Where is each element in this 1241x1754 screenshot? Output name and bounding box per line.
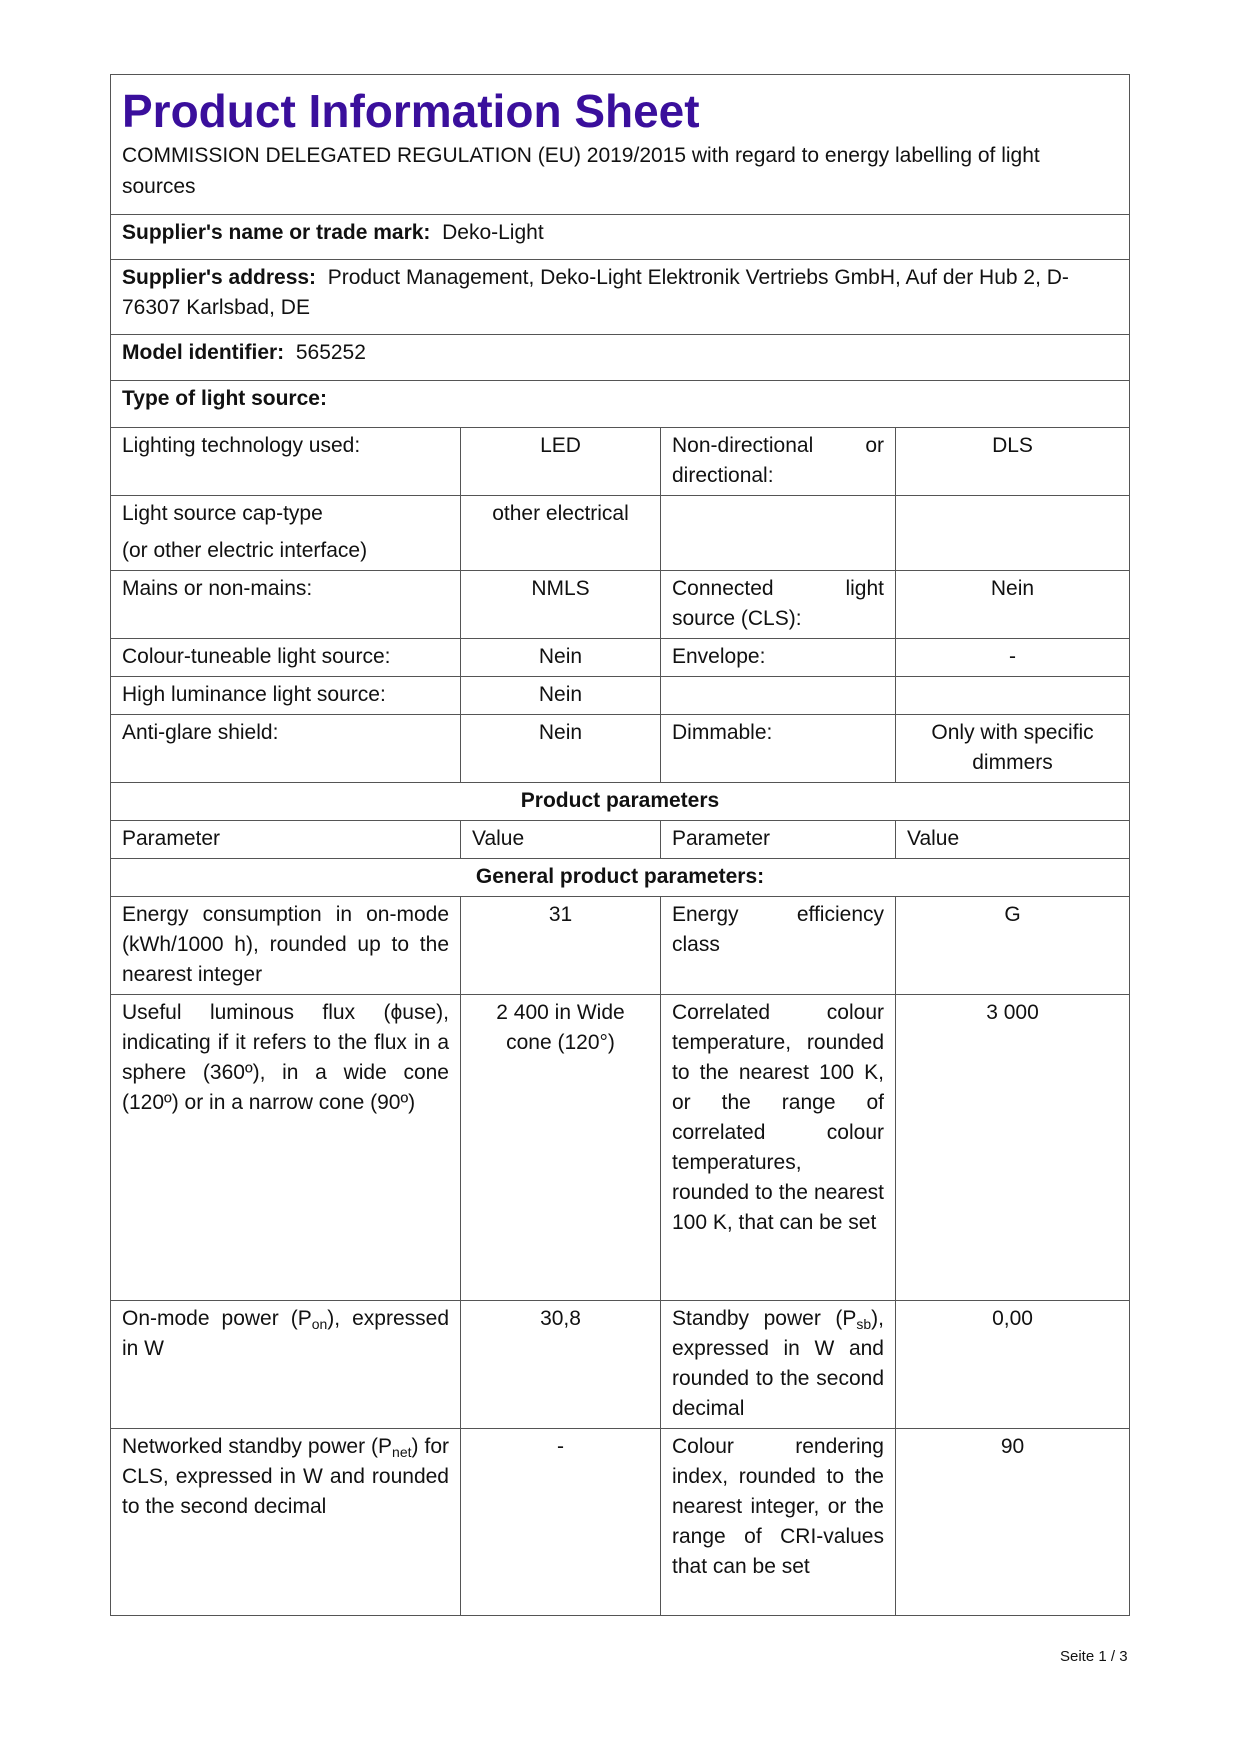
model-row: Model identifier: 565252 bbox=[111, 335, 1130, 381]
table-row: Anti-glare shield: Nein Dimmable: Only w… bbox=[111, 715, 1130, 783]
page-number: Seite 1 / 3 bbox=[1060, 1648, 1128, 1665]
table-row: Mains or non-mains: NMLS Connected light… bbox=[111, 571, 1130, 639]
regulation-subtitle: COMMISSION DELEGATED REGULATION (EU) 201… bbox=[122, 140, 1118, 210]
product-parameters-heading: Product parameters bbox=[111, 783, 1130, 821]
column-headers: Parameter Value Parameter Value bbox=[111, 821, 1130, 859]
table-row: Useful luminous flux (ϕuse), indicating … bbox=[111, 995, 1130, 1301]
table-row: High luminance light source: Nein bbox=[111, 677, 1130, 715]
table-row: Colour-tuneable light source: Nein Envel… bbox=[111, 639, 1130, 677]
type-heading: Type of light source: bbox=[111, 381, 1130, 428]
table-row: Energy consumption in on-mode (kWh/1000 … bbox=[111, 897, 1130, 995]
product-information-sheet: Product Information Sheet COMMISSION DEL… bbox=[110, 74, 1129, 1616]
table-row: On-mode power (Pon), expressed in W 30,8… bbox=[111, 1301, 1130, 1429]
table-row: Lighting technology used: LED Non-direct… bbox=[111, 428, 1130, 496]
table-row: Light source cap-type(or other electric … bbox=[111, 496, 1130, 571]
info-table: Product Information Sheet COMMISSION DEL… bbox=[110, 74, 1130, 1616]
supplier-row: Supplier's name or trade mark: Deko-Ligh… bbox=[111, 215, 1130, 260]
table-row: Networked standby power (Pnet) for CLS, … bbox=[111, 1429, 1130, 1616]
page-title: Product Information Sheet bbox=[122, 78, 1118, 140]
model-value: 565252 bbox=[296, 341, 366, 364]
address-row: Supplier's address: Product Management, … bbox=[111, 260, 1130, 335]
supplier-value: Deko-Light bbox=[442, 221, 544, 244]
general-parameters-heading: General product parameters: bbox=[111, 859, 1130, 897]
